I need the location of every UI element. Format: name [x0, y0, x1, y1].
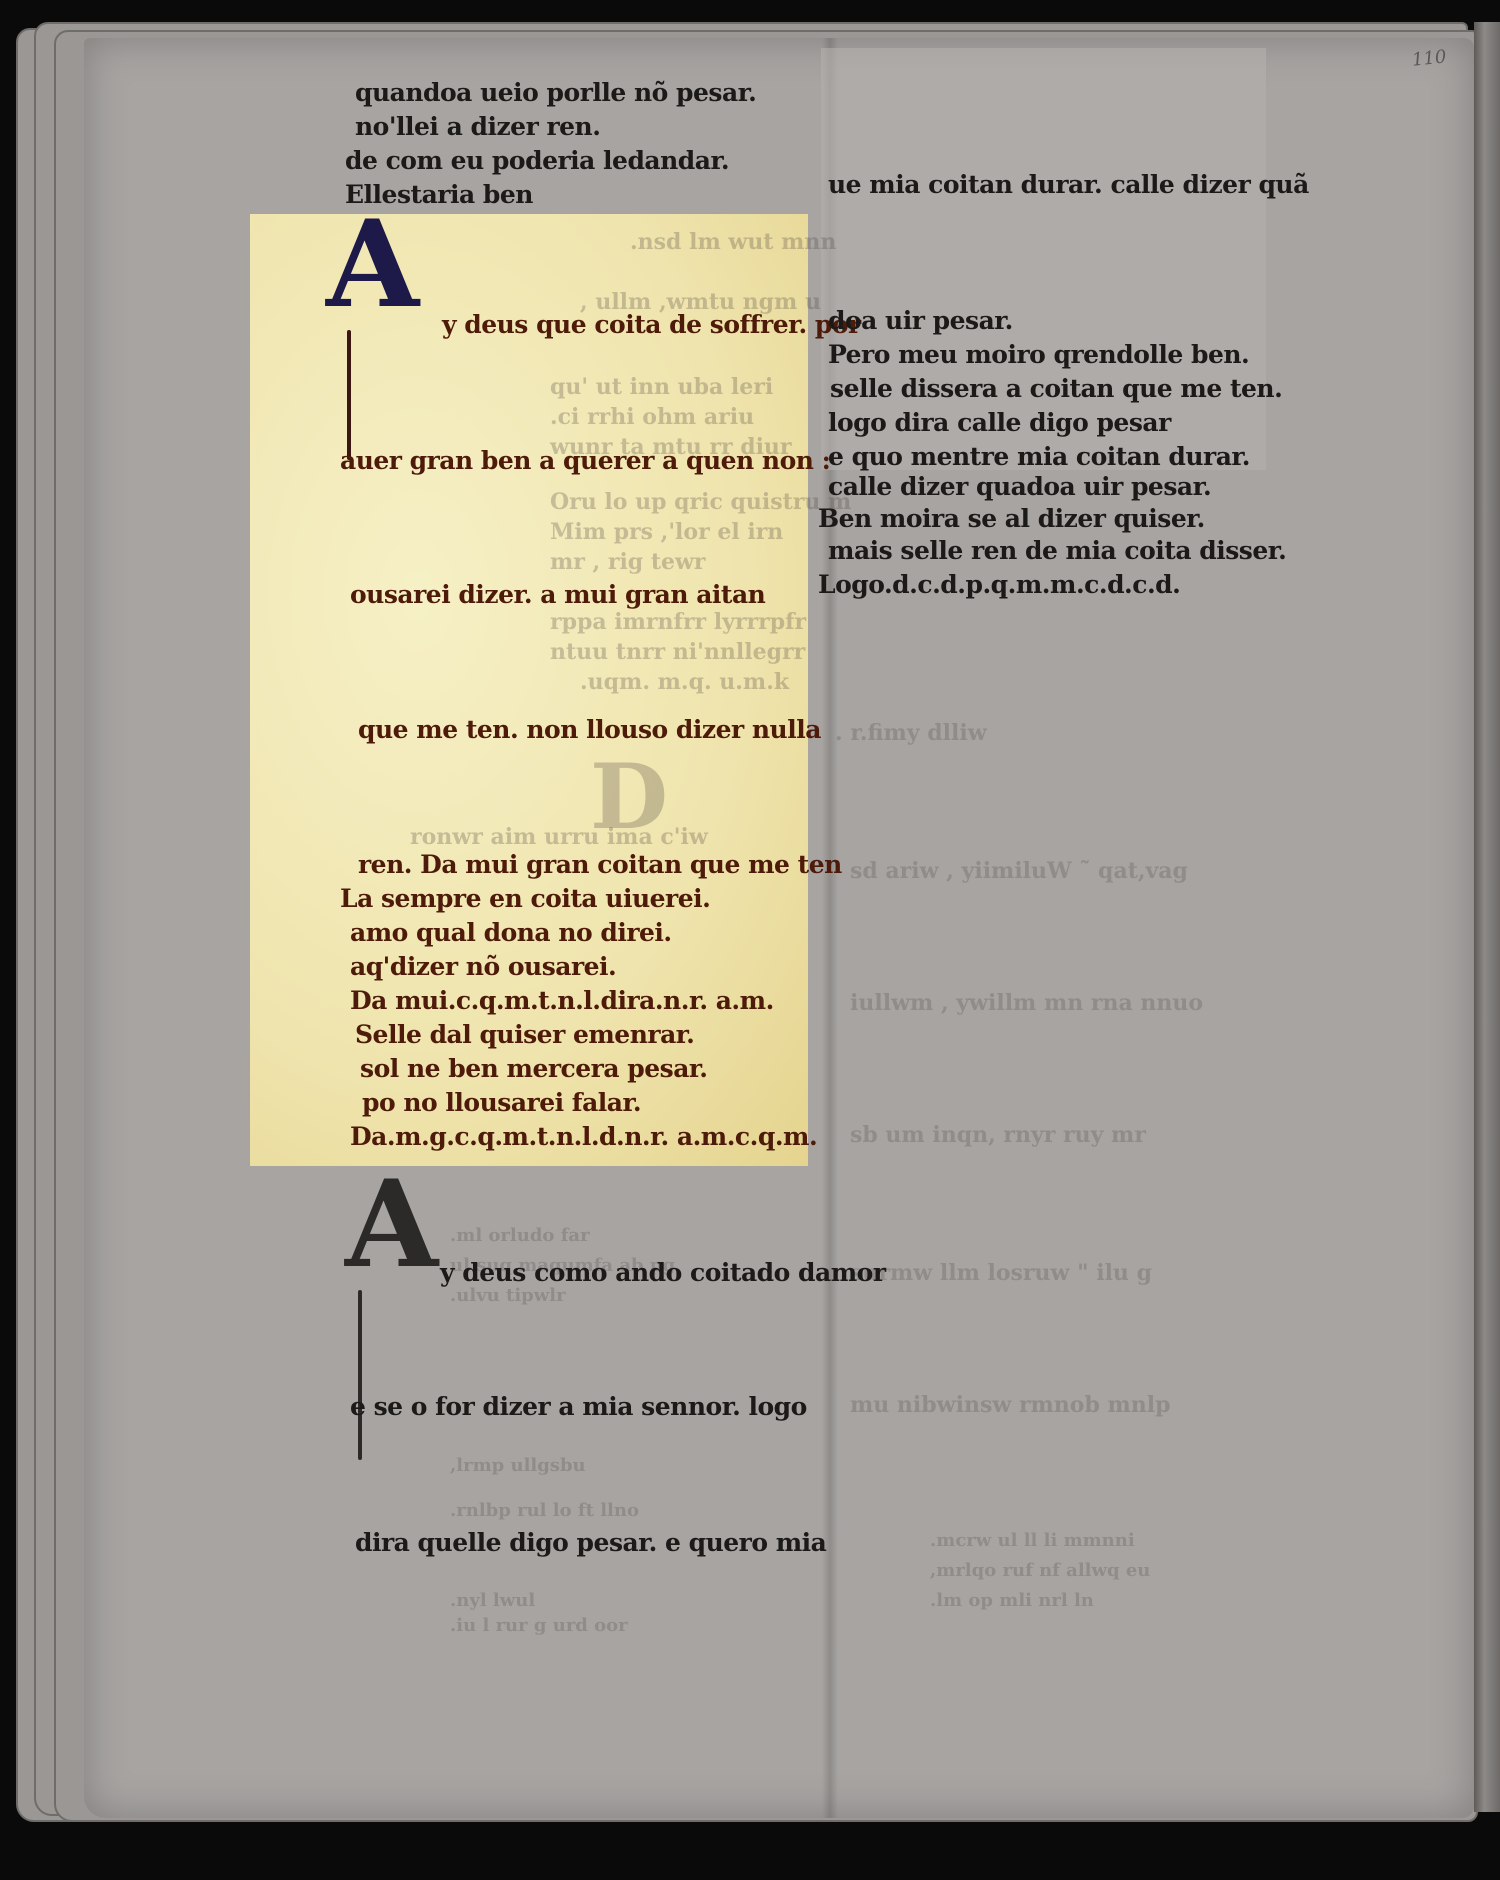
text-line: quandoa ueio porlle nõ pesar. — [355, 78, 756, 107]
text-line: amo qual dona no direi. — [350, 918, 672, 947]
show-through-text: .iu l rur g urd oor — [450, 1615, 628, 1636]
show-through-text: . r.fimy dlliw — [835, 720, 987, 746]
illuminated-initial-a: A — [345, 1165, 438, 1285]
show-through-text: sb um inqn, rnyr ruy mr — [850, 1122, 1146, 1148]
show-through-text: .uqm. m.q. u.m.k — [580, 669, 789, 695]
show-through-text: surmw llm losruw " ilu g — [850, 1260, 1152, 1286]
manuscript-scan: 110 . r.fimy dlliw sd ariw , yiimiluW ˜ … — [0, 0, 1500, 1880]
text-line: y deus como ando coitado damor — [440, 1258, 886, 1287]
show-through-text: ,lrmp ullgsbu — [450, 1455, 586, 1476]
show-through-text: sd ariw , yiimiluW ˜ qat,vag — [850, 858, 1188, 884]
show-through-text: ronwr aim urru ima c'iw — [410, 824, 708, 850]
text-line: doa uir pesar. — [828, 306, 1013, 335]
initial-tail — [358, 1290, 362, 1460]
text-line: ue mia coitan durar. calle dizer quã — [828, 170, 1309, 199]
text-line: Ben moira se al dizer quiser. — [818, 504, 1205, 533]
initial-tail — [347, 330, 351, 460]
lighter-patch — [821, 48, 1266, 470]
folio-number: 110 — [1411, 46, 1447, 70]
text-line: aq'dizer nõ ousarei. — [350, 952, 616, 981]
text-line: Selle dal quiser emenrar. — [355, 1020, 694, 1049]
show-through-text: ,mrlqo ruf nf allwq eu — [930, 1560, 1150, 1581]
show-through-text: .ci rrhi ohm ariu — [550, 404, 754, 430]
show-through-text: .ml orludo far — [450, 1225, 590, 1246]
show-through-text: .mcrw ul ll li mmnni — [930, 1530, 1135, 1551]
binding-edge-right — [1474, 22, 1500, 1812]
show-through-text: mu nibwinsw rmnob mnlp — [850, 1392, 1171, 1418]
show-through-text: ntuu tnrr ni'nnllegrr — [550, 639, 805, 665]
show-through-text: .ulvu tipwlr — [450, 1285, 566, 1306]
text-line: sol ne ben mercera pesar. — [360, 1054, 707, 1083]
text-line: no'llei a dizer ren. — [355, 112, 600, 141]
text-line: que me ten. non llouso dizer nulla — [358, 715, 821, 744]
show-through-text: mr , rig tewr — [550, 549, 706, 575]
text-line: ousarei dizer. a mui gran aitan — [350, 580, 765, 609]
show-through-text: iullwm , ywillm mn rna nnuo — [850, 990, 1203, 1016]
text-line: calle dizer quadoa uir pesar. — [828, 472, 1211, 501]
show-through-text: .lm op mli nrl ln — [930, 1590, 1094, 1611]
text-line: selle dissera a coitan que me ten. — [830, 374, 1282, 403]
show-through-text: Oru lo up qric quistru m — [550, 489, 851, 515]
text-line: y deus que coita de soffrer. por — [442, 310, 861, 339]
illuminated-initial-a: A — [326, 205, 419, 325]
text-line: dira quelle digo pesar. e quero mia — [355, 1528, 826, 1557]
show-through-text: .rnlbp rul lo ft llno — [450, 1500, 639, 1521]
text-line: e se o for dizer a mia sennor. logo — [350, 1392, 807, 1421]
text-line: Da mui.c.q.m.t.n.l.dira.n.r. a.m. — [350, 986, 774, 1015]
text-line: Logo.d.c.d.p.q.m.m.c.d.c.d. — [818, 570, 1180, 599]
text-line: auer gran ben a querer a quen non : — [340, 446, 830, 475]
text-line: Pero meu moiro qrendolle ben. — [828, 340, 1249, 369]
text-line: La sempre en coita uiuerei. — [340, 884, 710, 913]
show-through-text: rppa imrnfrr lyrrrpfr — [550, 609, 806, 635]
text-line: ren. Da mui gran coitan que me ten — [358, 850, 842, 879]
show-through-text: .nyl lwul — [450, 1590, 535, 1611]
text-line: Da.m.g.c.q.m.t.n.l.d.n.r. a.m.c.q.m. — [350, 1122, 817, 1151]
text-line: mais selle ren de mia coita disser. — [828, 536, 1286, 565]
text-line: logo dira calle digo pesar — [828, 408, 1171, 437]
text-line: de com eu poderia ledandar. — [345, 146, 729, 175]
text-line: e quo mentre mia coitan durar. — [828, 442, 1250, 471]
show-through-text: qu' ut inn uba leri — [550, 374, 773, 400]
text-line: po no llousarei falar. — [362, 1088, 641, 1117]
show-through-text: Mim prs ,'lor el irn — [550, 519, 783, 545]
show-through-text: .nsd lm wut mnn — [630, 229, 836, 255]
